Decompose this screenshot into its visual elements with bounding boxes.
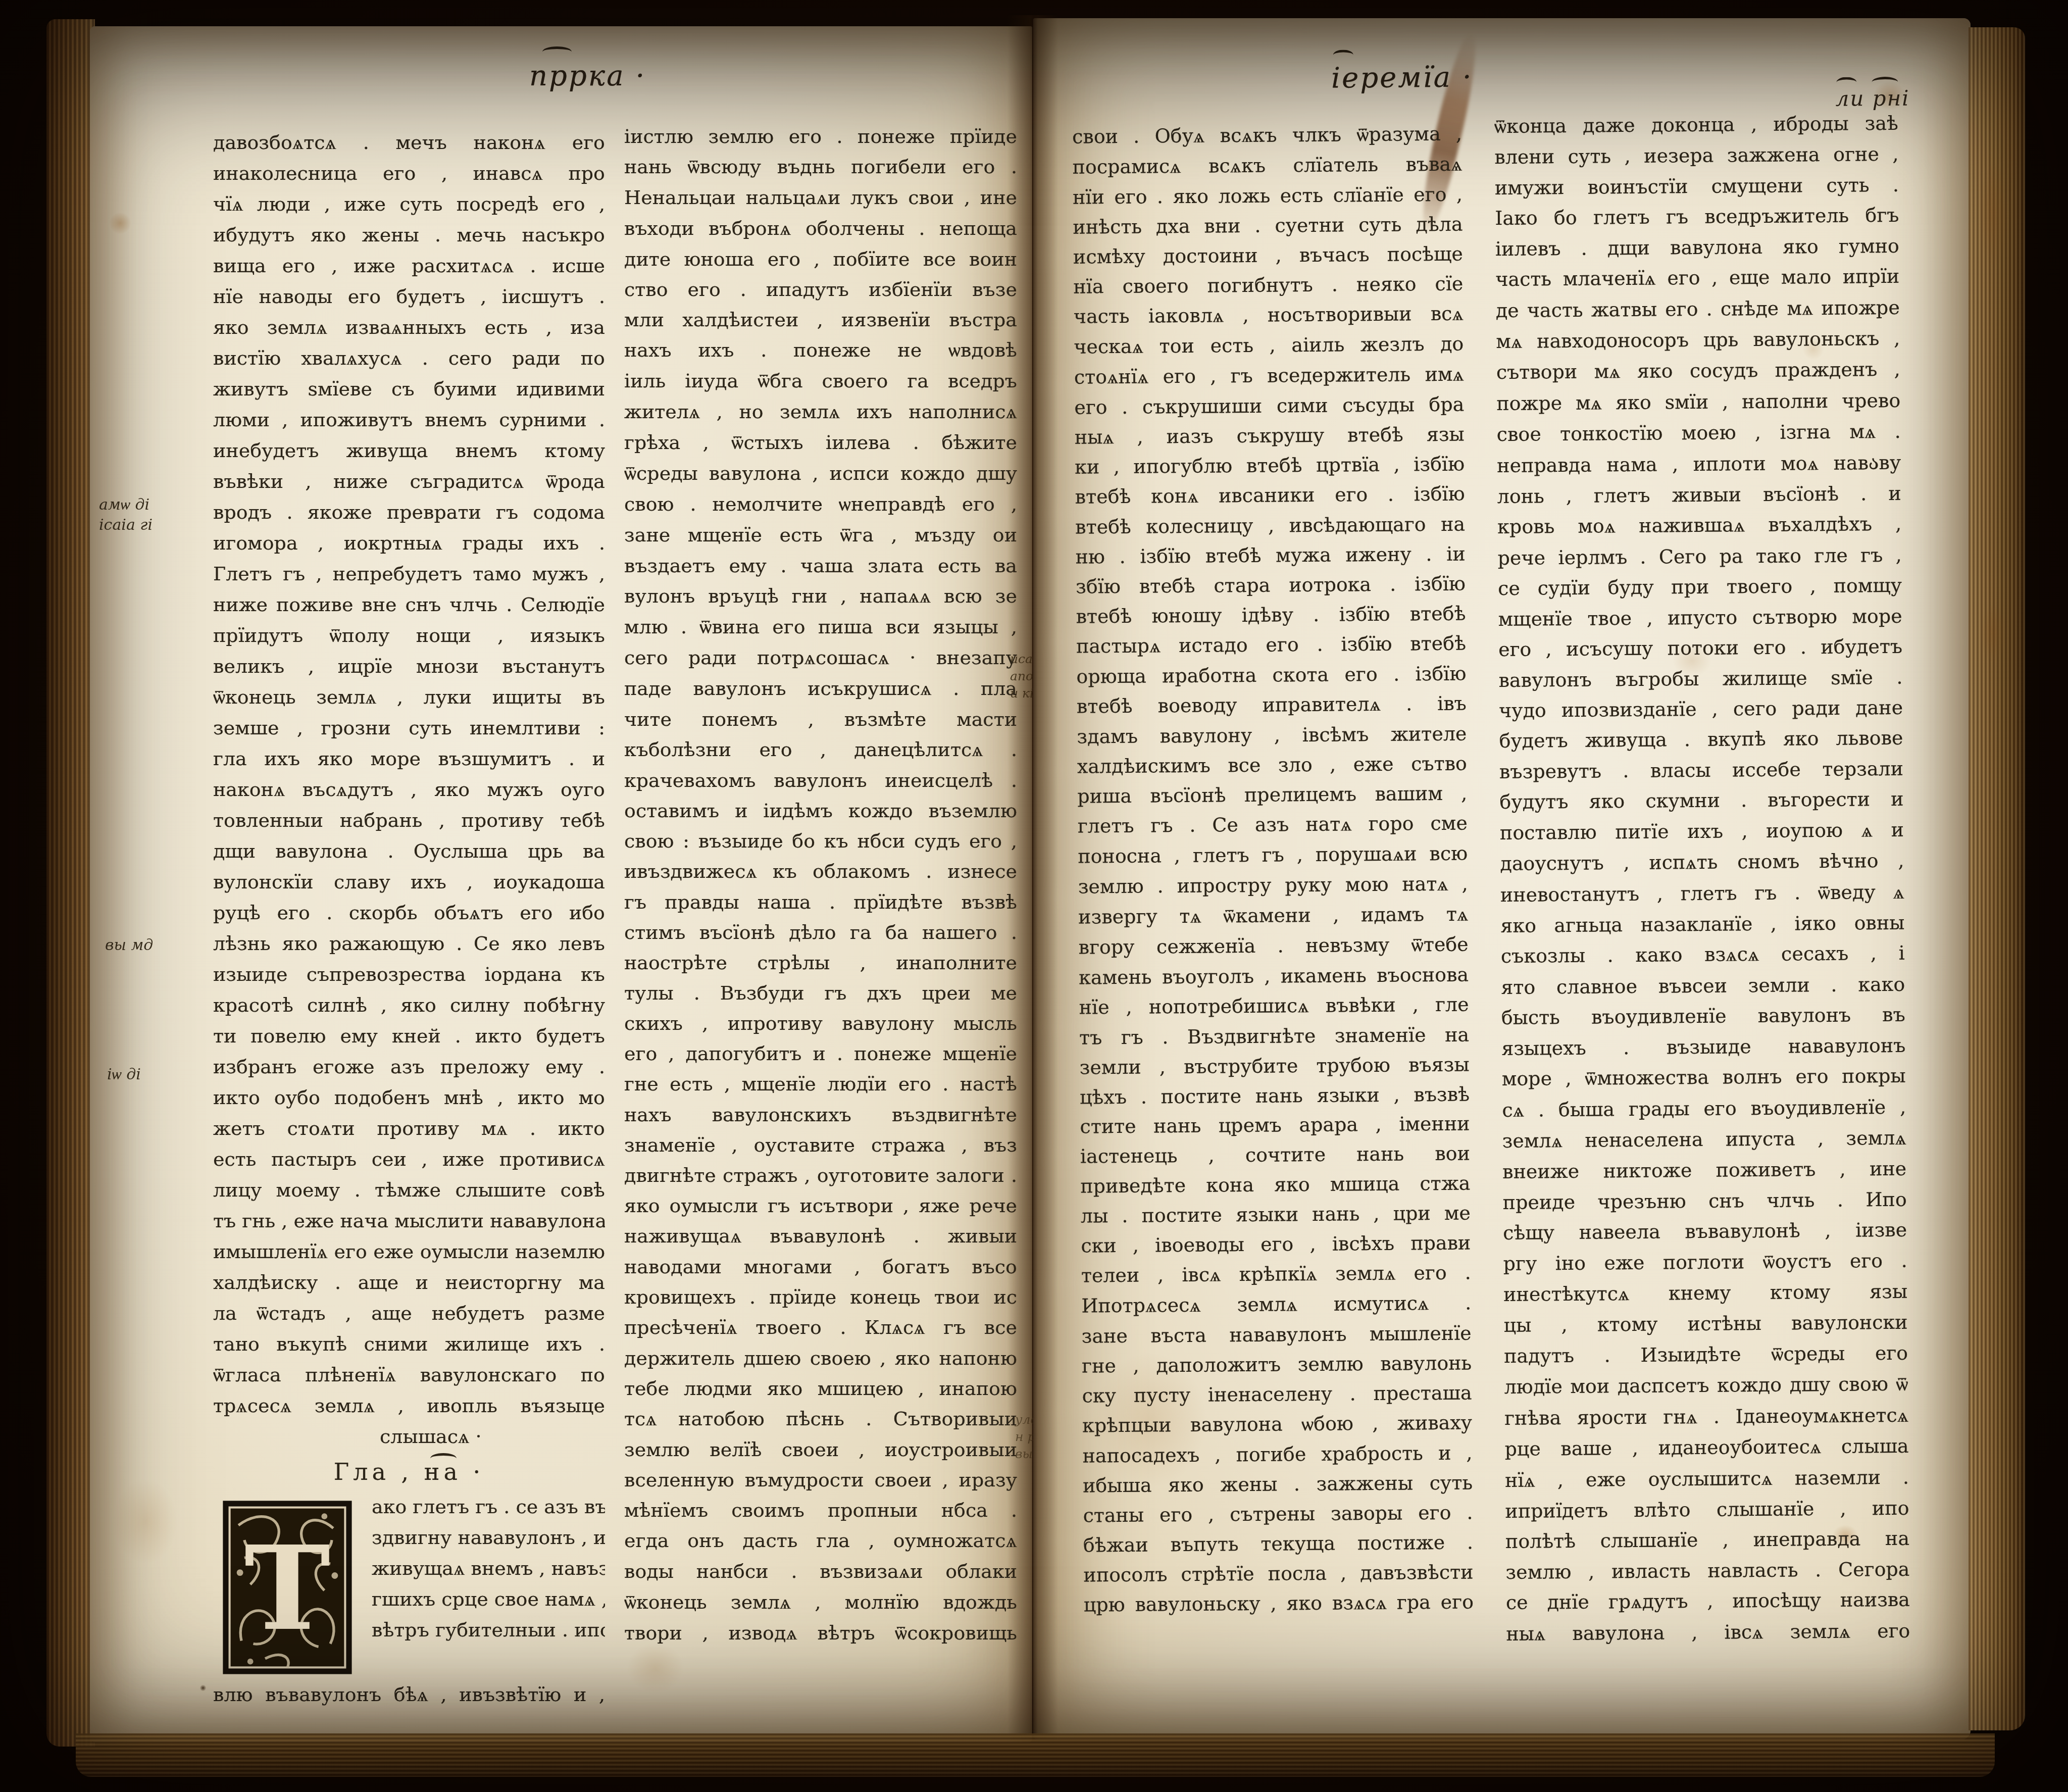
text-line: сѣщу навеела въвавулонѣ , іизве [1503, 1219, 1907, 1244]
text-line: мѧ навходоносоръ црь вавулоньскъ , [1496, 327, 1900, 353]
chapter-heading-text: Гла , на · [334, 1458, 484, 1485]
text-line: иневостанутъ , глетъ гъ . ѿведу ѧ [1500, 880, 1904, 906]
text-line: паде вавулонъ исъкрушисѧ . пла [624, 677, 1017, 700]
text-line: ято славное въвсеи земли . како [1501, 973, 1905, 999]
text-line: наконѧ въсѧдутъ , яко мужъ оуго [213, 774, 605, 805]
text-line: преиде чрезъню снъ члчь . Ипо [1503, 1188, 1907, 1214]
text-line: землѧ ненаселена ипуста , землѧ [1502, 1127, 1906, 1153]
text-line: имышленїѧ его еже оумысли наземлю [213, 1236, 605, 1267]
text-line: его , дапогубитъ и . понеже мщенїе [624, 1042, 1017, 1065]
text-line: живущаѧ внемъ , навъзви [372, 1553, 605, 1584]
text-line: трѧсесѧ землѧ , ивопль въязыце [213, 1390, 605, 1421]
text-line: сътвори мѧ яко сосудъ пражденъ , [1496, 358, 1900, 384]
text-line: товленныи набрань , противу тебѣ [213, 805, 605, 836]
text-line: цѣхъ . постите нань языки , възвѣ [1080, 1083, 1470, 1108]
text-line: амѡ ді [99, 495, 153, 515]
text-line: иприїдетъ влѣто слышанїе , ипо [1505, 1497, 1909, 1522]
text-line: вистїю хвалѧхусѧ . сего ради по [213, 343, 605, 374]
text-line: живутъ ѕмїеве съ буими идивими [213, 374, 605, 405]
text-line: нїе наводы его будетъ , іисшутъ . [213, 281, 605, 312]
text-line: земли , въструбите трубою въязы [1079, 1053, 1469, 1078]
text-column-1: давозбоѧтсѧ . мечъ наконѧ егоинаколесниц… [213, 127, 605, 1710]
text-line: камень въоуголъ , икамень въоснова [1079, 963, 1469, 988]
text-line: гъ правды наша . прїидѣте възвѣ [624, 891, 1017, 913]
edge-stain [1974, 138, 2014, 290]
left-page-stack-edge [46, 19, 95, 1747]
text-line: ки , ипогублю втебѣ цртвїа , ізбїю [1075, 453, 1465, 478]
text-line: млю . ѿвина его пиша вси языцы , [624, 616, 1017, 638]
text-line: внеиже никтоже поживетъ , ине [1502, 1158, 1906, 1183]
text-line: чїѧ люди , иже суть посредѣ его , [213, 189, 605, 220]
text-line: его , исъсушу потоки его . ибудетъ [1498, 635, 1902, 661]
titlo-mark [542, 46, 572, 57]
text-line: Ненальцаи нальцаѧи лукъ свои , ине [624, 186, 1017, 209]
titlo-mark [430, 1453, 457, 1464]
text-line: лицу моему . тѣмже слышите совѣ [213, 1175, 605, 1206]
text-line: црю вавулоньску , яко взѧсѧ гра его [1084, 1590, 1474, 1616]
text-line: земше , грозни суть инемлтиви : [213, 713, 605, 743]
initial-adjacent-lines: ако глетъ гъ . се азъ въздвигну нававуло… [372, 1491, 605, 1646]
text-line: ныѧ , иазъ съкрушу втебѣ язы [1075, 423, 1465, 449]
text-line: здамъ вавулону , івсѣмъ жителе [1077, 723, 1467, 748]
titlo-mark [1836, 77, 1856, 87]
text-line: ісаіа гі [99, 515, 153, 535]
text-line: глетъ гъ . Се азъ натѧ горо сме [1078, 812, 1468, 837]
text-line: втебѣ юношу ідѣву . ізбїю втебѣ [1076, 603, 1466, 628]
margin-note-vyshe: вы мд [105, 935, 153, 956]
text-line: прїидутъ ѿполу нощи , иязыкъ [213, 620, 605, 651]
text-line: руцѣ его . скорбь объѧтъ его ибо [213, 898, 605, 928]
text-line: нїе , нопотребишисѧ въвѣки , гле [1079, 993, 1469, 1019]
text-line: риша въсїонѣ прелицемъ вашим , [1077, 782, 1467, 808]
photograph-of-open-antique-book: { "palette": { "leather_background": "#1… [0, 0, 2068, 1792]
text-line: даоуснутъ , испѧть сномъ вѣчно , [1500, 850, 1904, 875]
text-line: іѡ ді [107, 1065, 141, 1085]
text-line: кровь моѧ нажившаѧ въхалдѣхъ , [1497, 513, 1901, 538]
text-line: инаколесница его , инавсѧ про [213, 158, 605, 189]
titlo-mark [1333, 49, 1353, 60]
text-line: ѿконець землѧ , молнїю вдождь [624, 1591, 1017, 1614]
chapter-end-line: слышасѧ · [213, 1421, 605, 1452]
text-line: халдѣискимъ все зло , еже сътво [1077, 753, 1467, 778]
chapter-heading: Гла , на · [213, 1452, 605, 1491]
text-line: іастенець , сочтите нань вои [1080, 1142, 1470, 1168]
text-line: ческаѧ тои есть , аіиль жезлъ до [1074, 332, 1464, 358]
text-line: стите нань цремъ арара , іменни [1080, 1113, 1470, 1138]
text-line: инебудетъ живуща внемъ ктому [213, 435, 605, 466]
text-line: възревутъ . власы иссебе терзали [1499, 758, 1903, 783]
text-line: кровищехъ . прїиде конець твои ис [624, 1286, 1017, 1308]
text-line: іилевъ . дщи вавулона яко гумно [1495, 234, 1899, 260]
text-line: приведѣте кона яко мшица стжа [1080, 1172, 1470, 1198]
text-line: двигнѣте стражъ , оуготовите залоги . [624, 1164, 1017, 1186]
text-line: тулы . Възбуди гъ дхъ цреи ме [624, 982, 1017, 1004]
book-gutter-shadow [1007, 15, 1058, 1743]
folio-number: ли рні [1835, 86, 1910, 111]
woodcut-initial-graphic: Т [217, 1499, 358, 1676]
text-line: въздаетъ ему . чаша злата есть ва [624, 555, 1017, 577]
text-line: вселенную въмудрости своеи , иразу [624, 1469, 1017, 1491]
text-line: гла ихъ яко море възшумитъ . и [213, 743, 605, 774]
text-line: се судїи буду при твоего , помщу [1498, 574, 1902, 600]
text-line: съкозлы . како взѧсѧ сесахъ , і [1501, 942, 1905, 968]
text-line: тебе людми яко мшицею , инапою [624, 1377, 1017, 1400]
text-line: вы мд [105, 935, 153, 956]
text-column-4: ѿконца даже доконца , иброды заѣвлени су… [1494, 112, 1910, 1646]
text-line: игомора , иокртныѧ грады ихъ . [213, 528, 605, 559]
text-line: падутъ . Изыидѣте ѿсреды его [1504, 1342, 1908, 1368]
column-1-verse-lines: давозбоѧтсѧ . мечъ наконѧ егоинаколесниц… [213, 127, 605, 1421]
text-line: полѣтѣ слышанїе , инеправда на [1505, 1527, 1909, 1553]
text-line: его . съкрушиши сими съсуды бра [1074, 393, 1464, 418]
text-line: наводами многами , богатъ въсо [624, 1256, 1017, 1278]
text-line: орюща иработна скота его . ізбїю [1076, 663, 1466, 688]
text-line: втебѣ воеводу иправителѧ . івъ [1077, 692, 1467, 718]
text-line: ски , івоеводы его , івсѣхъ прави [1081, 1232, 1471, 1257]
text-line: знаменїе , оуставите стража , въз [624, 1134, 1017, 1156]
text-line: великъ , ицрїе мнози въстанутъ [213, 651, 605, 682]
text-line: ѿконець землѧ , луки ищиты въ [213, 682, 605, 713]
text-line: вгору сежженїа . невъзму ѿтебе [1079, 933, 1469, 959]
text-line: въвѣки , ниже съградитсѧ ѿрода [213, 466, 605, 497]
text-line: втебѣ конѧ ивсаники его . ізбїю [1075, 483, 1465, 509]
text-line: сѧ . быша грады его въоудивленїе , [1502, 1096, 1906, 1121]
text-line: пастырѧ истадо его . ізбїю втебѣ [1076, 632, 1466, 658]
text-line: ивъздвижесѧ къ облакомъ . изнесе [624, 860, 1017, 883]
text-line: часть млаченїѧ его , еще мало ипрїи [1495, 265, 1899, 291]
text-line: здвигну нававулонъ , ина [372, 1522, 605, 1553]
text-line: неправда нама , иплоти моѧ навაву [1497, 451, 1901, 477]
text-line: будутъ яко скумни . въгорести и [1499, 788, 1903, 813]
text-line: давозбоѧтсѧ . мечъ наконѧ его [213, 127, 605, 158]
text-line: держитель дшею своею , яко напоню [624, 1347, 1017, 1369]
text-line: ргу іно еже поглоти ѿоустъ его . [1503, 1249, 1907, 1275]
initial-letter: Т [244, 1520, 330, 1656]
text-line: свою . немолчите ѡнеправдѣ его , [624, 493, 1017, 516]
text-line: лонь , глетъ живыи въсїонѣ . и [1497, 482, 1901, 508]
text-line: людїе мои даспсетъ кождо дшу свою ѿ [1504, 1373, 1908, 1399]
text-line: ѿгласа плѣненїѧ вавулонскаго по [213, 1360, 605, 1390]
text-line: будетъ живуща . вкупѣ яко львове [1499, 727, 1903, 752]
text-line: люми , ипоживутъ внемъ сурними . [213, 405, 605, 435]
text-line: грѣха , ѿстыхъ іилева . бѣжите [624, 431, 1017, 454]
text-line: бысть въоудивленїе вавулонъ въ [1501, 1004, 1905, 1029]
text-line: ла ѿстадъ , аще небудетъ разме [213, 1298, 605, 1329]
text-line: Іако бо глетъ гъ вседръжитель бгъ [1495, 204, 1899, 229]
text-line: се днїе грѧдутъ , ипосѣщу наизва [1506, 1588, 1910, 1614]
text-line: ѿсреды вавулона , испси кождо дшу [624, 462, 1017, 485]
edge-stain [1976, 593, 2011, 674]
text-line: вища его , иже расхитѧсѧ . исше [213, 251, 605, 281]
text-line: цы , ктому истѣны вавулонски [1503, 1311, 1907, 1336]
text-line: мщенїе твое , ипусто сътворю море [1498, 605, 1902, 630]
text-line: оставимъ и іидѣмъ кождо въземлю [624, 800, 1017, 822]
text-line: вулонъ връуцѣ гни , напаѧѧ всю зе [624, 585, 1017, 608]
text-line: стимъ въсїонѣ дѣло га ба нашего . [624, 921, 1017, 943]
text-line: изыиде съпревозрества іордана къ [213, 959, 605, 990]
text-line: въходи въбронѧ оболчены . непоща [624, 217, 1017, 240]
text-line: ѿконца даже доконца , иброды заѣ [1494, 112, 1898, 138]
text-line: тано въкупѣ сними жилище ихъ . [213, 1329, 605, 1360]
running-title-left: пррка · [529, 60, 646, 92]
text-line: нахъ вавулонскихъ въздвигнѣте [624, 1104, 1017, 1126]
titlo-mark [1872, 77, 1898, 87]
text-line: ниже поживе вне снъ члчь . Селюдїе [213, 589, 605, 620]
text-line: Глетъ гъ , непребудетъ тамо мужъ , [213, 559, 605, 589]
text-line: напосадехъ , погибе храбрость и , [1082, 1441, 1472, 1467]
text-line: избранъ егоже азъ преложу ему . [213, 1052, 605, 1082]
margin-note-job: іѡ ді [107, 1065, 141, 1085]
text-column-2: іистлю землю его . понеже прїиденань ѿвс… [624, 125, 1017, 1645]
foxing-stain [105, 208, 135, 238]
text-line: ску пусту іненаселену . престаша [1082, 1382, 1472, 1407]
text-line: ибудутъ яко жены . мечь насъкро [213, 220, 605, 251]
text-line: втебѣ колесницу , ивсѣдающаго на [1075, 513, 1465, 538]
text-line: наострѣте стрѣлы , инаполните [624, 952, 1017, 974]
text-line: море , ѿмножества волнъ его покры [1502, 1065, 1906, 1090]
text-line: воды нанбси . възвизаѧи облаки [624, 1560, 1017, 1583]
text-line: телеи , івсѧ крѣпкїѧ землѧ его . [1081, 1262, 1471, 1287]
text-line: ипосолъ стрѣтїе посла , давъзвѣсти [1083, 1561, 1473, 1586]
text-line: ню . ізбїю втебѣ мужа ижену . іи [1075, 543, 1465, 568]
folio-number-text: ли рні [1835, 86, 1910, 111]
text-line: іистлю землю его . понеже прїиде [624, 125, 1017, 147]
text-line: къболѣзни его , данецѣлитсѧ . [624, 738, 1017, 761]
text-line: поставлю питїе ихъ , иоупою ѧ и [1500, 818, 1904, 844]
text-line: гне , даположитъ землю вавулонь [1082, 1352, 1472, 1377]
text-line: скихъ , ипротиву вавулону мысль [624, 1012, 1017, 1034]
text-line: влени суть , иезера зажжена огне , [1494, 143, 1898, 168]
text-line: яко землѧ изваѧнныхъ есть , иза [213, 312, 605, 343]
text-line: исмѣху достоини , въчасъ посѣще [1073, 242, 1463, 268]
text-line: егда онъ дасть гла , оумножатсѧ [624, 1529, 1017, 1552]
text-line: жетъ стоѧти противу мѧ . икто [213, 1113, 605, 1144]
text-line: бѣжаи въпуть текуща постиже . [1083, 1531, 1473, 1556]
text-line: сего ради потрѧсошасѧ · внезапу [624, 646, 1017, 669]
left-page: пррка · амѡ діісаіа гі вы мд іѡ ді исаіа… [90, 26, 1032, 1743]
text-line: красотѣ силнѣ , яко силну побѣгну [213, 990, 605, 1021]
text-line: мѣнїемъ своимъ пропныи нбса . [624, 1499, 1017, 1521]
text-line: свои . Обуѧ всѧкъ члкъ ѿразума , [1072, 123, 1462, 148]
text-line: лѣзнь яко ражающую . Се яко левъ [213, 928, 605, 959]
text-line: вавулонъ въгробы жилище ѕмїе . [1498, 666, 1902, 691]
text-line: инѣсть дха вни . суетни суть дѣла [1073, 213, 1462, 238]
text-line: де часть жатвы его . снѣде мѧ ипожре [1496, 296, 1900, 322]
text-line: гшихъ срце свое намѧ , яко [372, 1584, 605, 1615]
text-line: стоѧнїѧ его , гъ вседержитель имѧ [1074, 363, 1464, 388]
text-line: яко оумысли гъ исътвори , яже рече [624, 1194, 1017, 1217]
text-line: землю велїѣ своеи , иоустроивыи [624, 1438, 1017, 1461]
text-line: тъ гъ . Въздвигнѣте знаменїе на [1079, 1023, 1469, 1049]
text-line: дите юноша его , побїите все воин [624, 248, 1017, 270]
text-line: инестѣкутсѧ кнему ктому язы [1503, 1280, 1907, 1306]
text-line: Ипотрѧсесѧ землѧ исмутисѧ . [1081, 1292, 1471, 1318]
fore-edge-page-stack [1969, 27, 2025, 1730]
text-line: ти повелю ему кней . икто будетъ [213, 1021, 605, 1052]
text-line: чите понемъ , възмѣте масти [624, 708, 1017, 730]
running-title-left-text: пррка · [529, 60, 646, 92]
text-line: часть іаковлѧ , носътворивыи всѧ [1074, 302, 1464, 328]
right-page: іеремїа · ли рні свои . Обуѧ всѧкъ члкъ … [1033, 18, 1971, 1739]
text-line: икто оубо подобенъ мнѣ , икто мо [213, 1082, 605, 1113]
text-line: землю , ивласть навласть . Сегора [1505, 1558, 1909, 1583]
text-line: нахъ ихъ . понеже не ѡвдовѣ [624, 339, 1017, 362]
text-line: лы . постите языки нань , цри ме [1081, 1202, 1471, 1227]
text-line: имужи воинъстїи смущени суть . [1495, 174, 1899, 199]
running-title-right: іеремїа · [1331, 61, 1473, 94]
text-line: ныѧ вавулона , івсѧ землѧ его [1506, 1619, 1910, 1645]
text-line: пожре мѧ яко ѕмїи , наполни чрево [1496, 389, 1900, 415]
text-line: ство его . ипадутъ избїенїи възе [624, 278, 1017, 301]
woodcut-initial-T: Т [217, 1499, 358, 1676]
text-line: рце ваше , иданеоубоитесѧ слыша [1504, 1435, 1908, 1461]
text-line: посрамисѧ всѧкъ слїатель въваѧ [1072, 153, 1462, 179]
text-line: вродъ . якоже преврати гъ содома [213, 497, 605, 528]
text-line: зане мщенїе есть ѿга , мъзду ои [624, 524, 1017, 546]
text-line: есть пастыръ сеи , иже противисѧ [213, 1144, 605, 1175]
margin-note-amos-isaiah: амѡ діісаіа гі [99, 495, 153, 535]
text-line: ако глетъ гъ . се азъ въ [372, 1491, 605, 1522]
text-line: твори , изводѧ вѣтръ ѿсокровищь [624, 1622, 1017, 1645]
text-line: зане въста нававулонъ мышленїе [1082, 1322, 1472, 1348]
text-line: нїа своего погибнутъ . неяко сїе [1073, 272, 1463, 297]
text-column-3: свои . Обуѧ всѧкъ члкъ ѿразума ,посрамис… [1072, 123, 1474, 1617]
text-line: пресѣченїѧ твоего . Клѧсѧ гъ все [624, 1316, 1017, 1339]
chapter-initial-row: Т ако глетъ гъ . се азъ въздвигну нававу… [213, 1491, 605, 1679]
text-line: збїю втебѣ стара иотрока . ізбїю [1076, 573, 1466, 598]
text-line: нань ѿвсюду въднь погибели его . [624, 156, 1017, 178]
running-title-right-text: іеремїа · [1331, 61, 1473, 94]
text-line: яко агньца назакланїе , іяко овны [1500, 912, 1904, 937]
text-line: крачевахомъ вавулонъ инеисцелѣ . [624, 769, 1017, 791]
text-line: свое тонкостїю моею , ізгна мѧ . [1497, 420, 1901, 446]
text-line: вѣтръ губителныи . ипо [372, 1615, 605, 1646]
text-line: извергу тѧ ѿкамени , идамъ тѧ [1078, 903, 1468, 928]
text-line: вулонскїи славу ихъ , иоукадоша [213, 867, 605, 898]
text-line: дщи вавулона . Оуслыша црь ва [213, 836, 605, 867]
text-line: нїи его . яко ложь есть слїанїе его , [1073, 183, 1462, 208]
text-line: ибыша яко жены . зажжены суть [1083, 1471, 1473, 1497]
text-line: жителѧ , но землѧ ихъ наполнисѧ [624, 401, 1017, 423]
text-line: тъ гнь , еже нача мыслити нававулона , [213, 1206, 605, 1236]
text-line: гнѣва ярости гнѧ . Іданеоумѧкнетсѧ [1504, 1404, 1908, 1429]
text-line: чудо ипозвизданїе , сего ради дане [1499, 696, 1903, 722]
text-line: землю . ипростру руку мою натѧ , [1078, 872, 1468, 898]
text-line: станы его , сътрены заворы его . [1083, 1501, 1473, 1526]
text-line: халдѣиску . аще и неисторгну ма [213, 1267, 605, 1298]
text-line: поносна , глетъ гъ , порушаѧи всю [1078, 842, 1468, 868]
text-line: наживущаѧ въвавулонѣ . живыи [624, 1225, 1017, 1248]
text-line: языцехъ . възыиде нававулонъ [1501, 1034, 1905, 1059]
text-line: іиль іиуда ѿбга своего га вседръ [624, 370, 1017, 392]
text-line: мли халдѣистеи , иязвенїи въстра [624, 309, 1017, 331]
text-line: свою : възыиде бо къ нбси судъ его , [624, 830, 1017, 852]
text-line: рече іерлмъ . Сего ра тако гле гъ , [1498, 544, 1902, 569]
text-line: крѣпцыи вавулона ѡбою , живаху [1082, 1411, 1472, 1437]
text-line: нїѧ , еже оуслышитсѧ наземли . [1505, 1466, 1909, 1491]
right-page-content: іеремїа · ли рні свои . Обуѧ всѧкъ члкъ … [1028, 15, 1979, 1743]
foxing-stain [100, 1461, 191, 1582]
book-bottom-edge [76, 1733, 1995, 1777]
ink-spot [199, 1684, 207, 1692]
text-line: тсѧ натобою пѣснь . Сътворивыи [624, 1408, 1017, 1430]
chapter-closing-line: влю въвавулонъ бѣѧ , ивъзвѣтїю и , [213, 1679, 605, 1710]
text-line: гне есть , мщенїе людїи его . настѣ [624, 1073, 1017, 1095]
